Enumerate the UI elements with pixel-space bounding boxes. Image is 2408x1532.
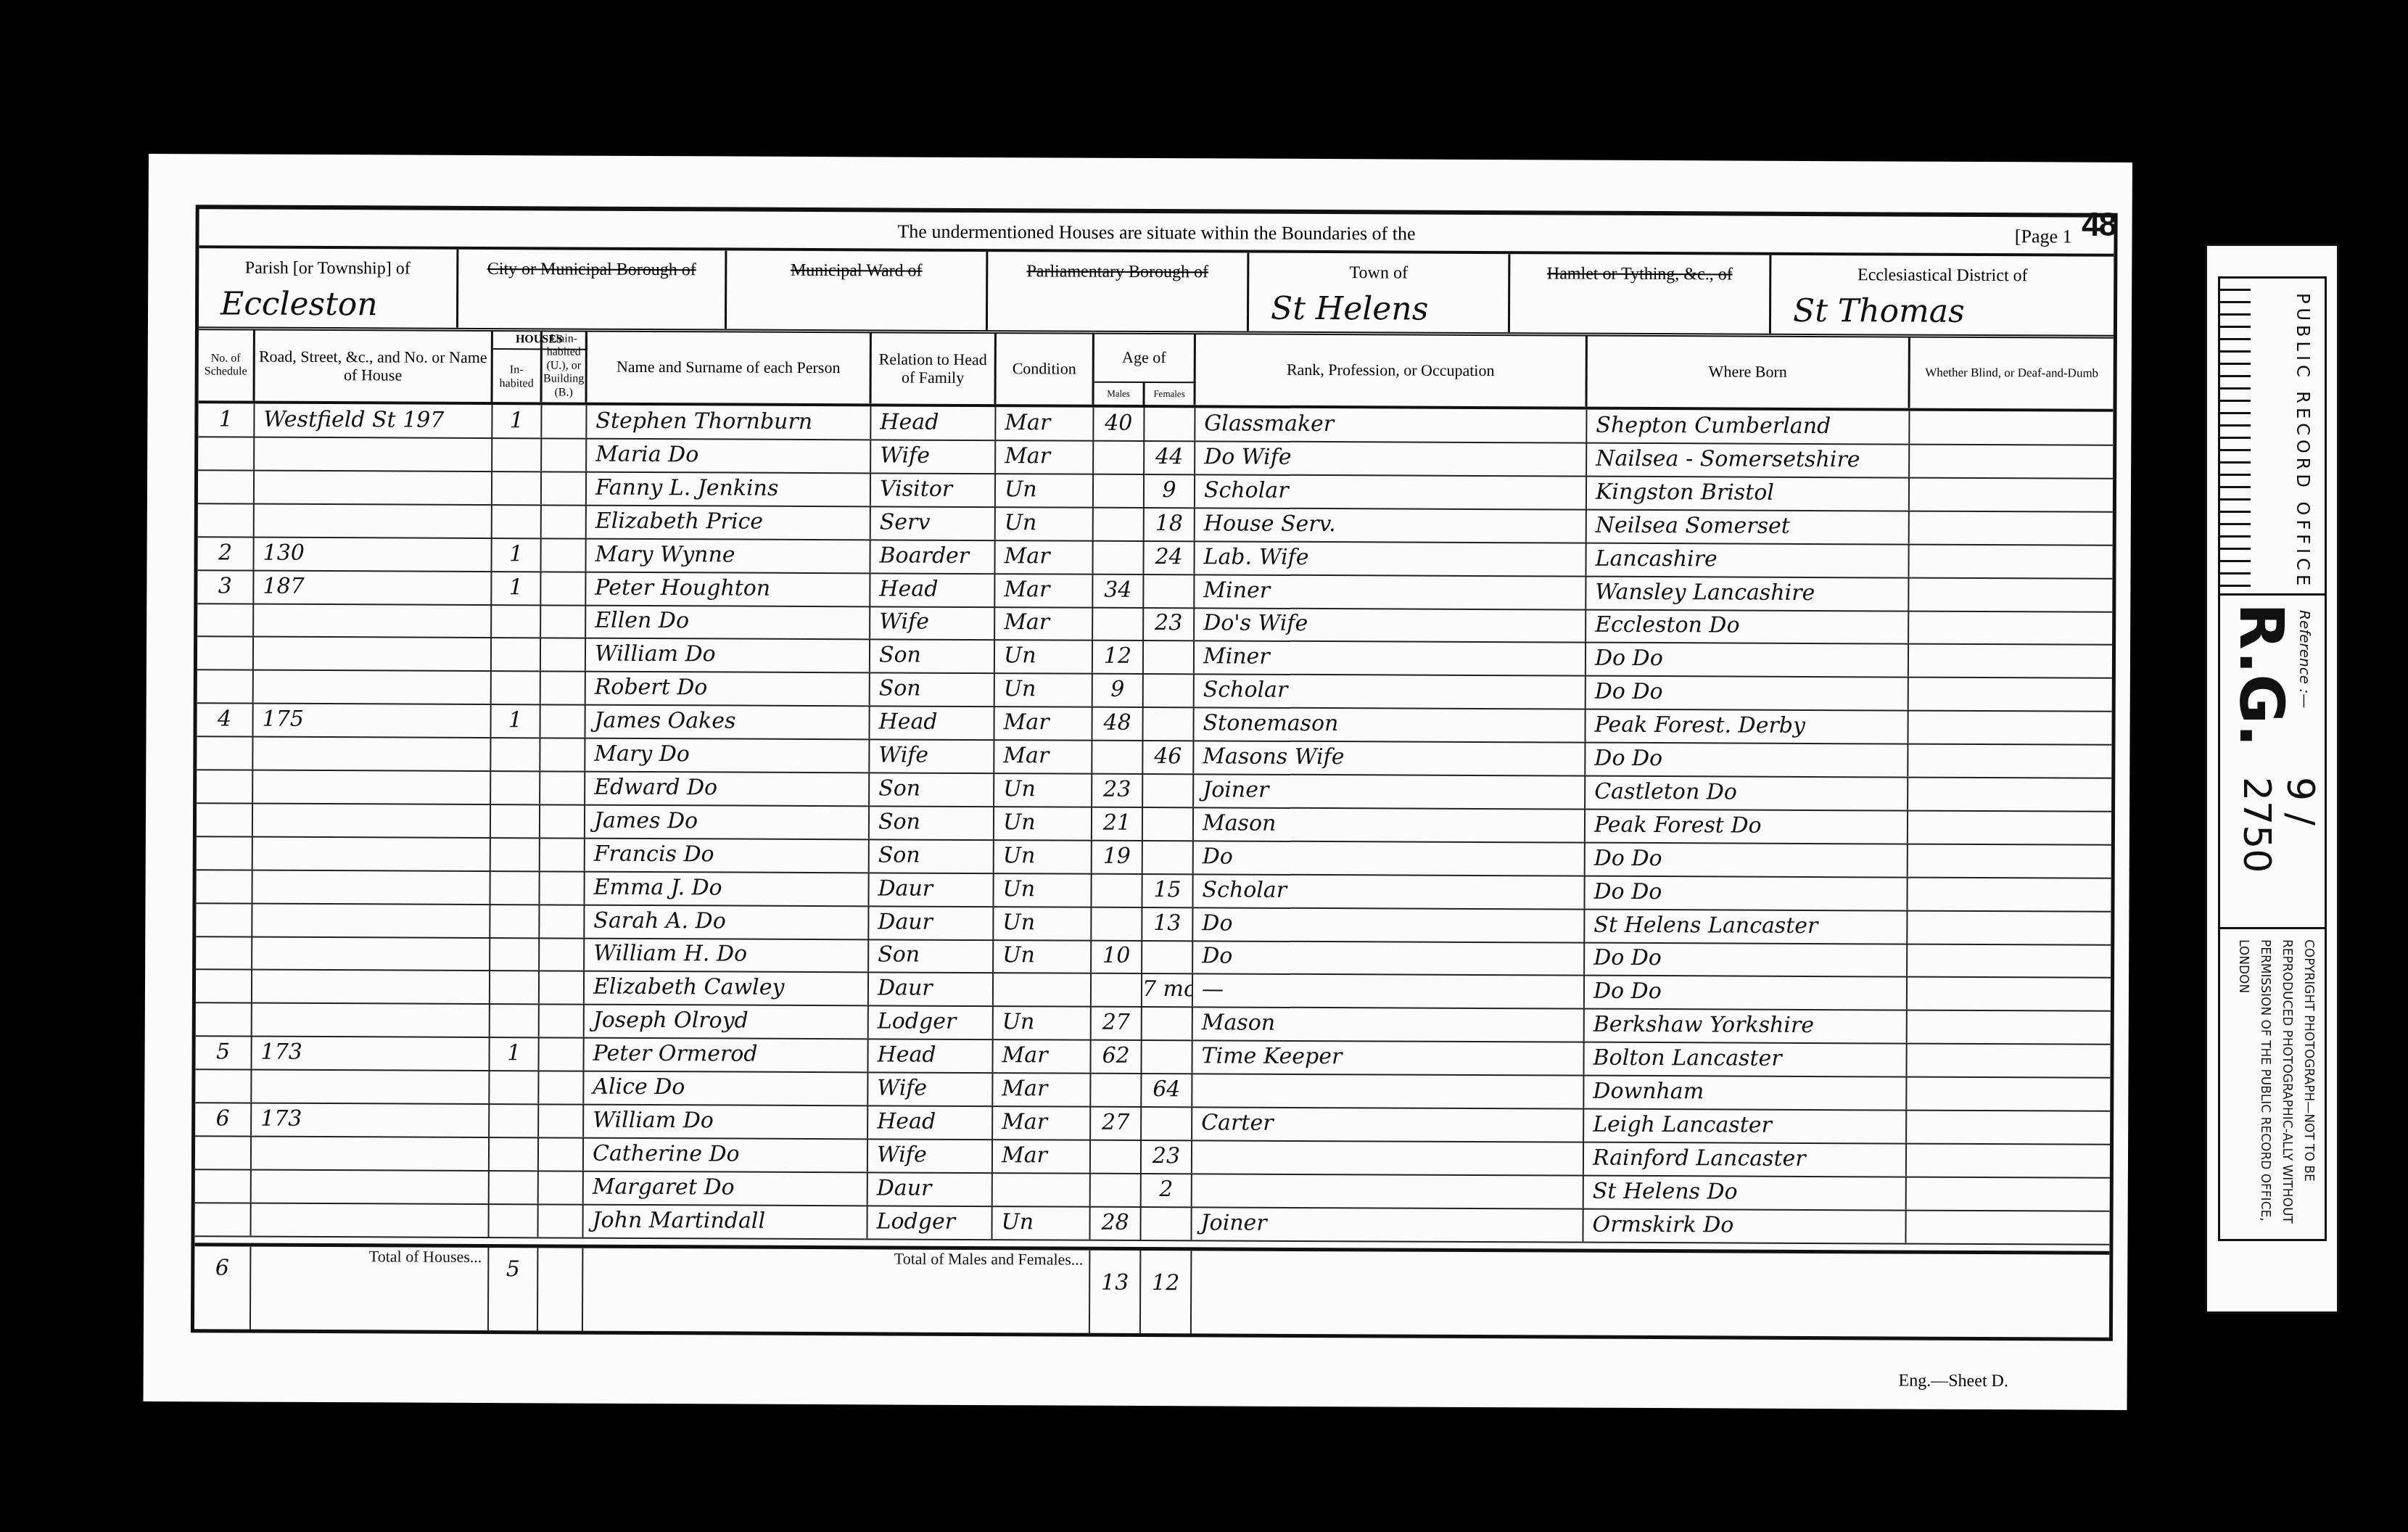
cell-schedule — [197, 637, 254, 670]
cell-uninh — [540, 771, 585, 804]
cell-occupation: Do — [1193, 941, 1585, 975]
cell-relation: Visitor — [871, 473, 996, 506]
cell-blind — [1908, 910, 2111, 944]
cell-female-age — [1144, 574, 1195, 606]
cell-condition: Mar — [995, 540, 1093, 574]
header-males: Males — [1094, 383, 1145, 405]
cell-occupation: House Serv. — [1195, 508, 1587, 542]
cell-condition — [993, 1173, 1091, 1206]
cell-address — [252, 1169, 490, 1203]
cell-name: Margaret Do — [584, 1171, 868, 1205]
cell-female-age: 44 — [1145, 441, 1195, 474]
cell-condition: Un — [994, 907, 1092, 940]
cell-uninh — [539, 1104, 584, 1137]
cell-occupation: Stonemason — [1194, 707, 1586, 741]
cell-condition: Mar — [995, 606, 1093, 640]
cell-uninh — [541, 672, 586, 704]
cell-schedule — [198, 503, 255, 536]
cell-born: Do Do — [1586, 842, 1908, 876]
town-value: St Helens — [1271, 290, 1428, 328]
cell-born: Bolton Lancaster — [1584, 1042, 1907, 1076]
cell-born: Kingston Bristol — [1587, 476, 1910, 510]
page-label: [Page 1 — [2015, 226, 2072, 247]
header-occupation: Rank, Profession, or Occupation — [1196, 334, 1588, 406]
cell-occupation: Time Keeper — [1192, 1040, 1584, 1074]
cell-male-age: 28 — [1090, 1206, 1141, 1239]
cell-relation: Son — [870, 640, 995, 673]
cell-condition: Un — [994, 939, 1092, 973]
cell-male-age: 10 — [1092, 940, 1142, 973]
cell-relation: Son — [869, 939, 994, 973]
cell-condition: Mar — [993, 1039, 1091, 1073]
piece-number: 9 / 2750 — [2235, 777, 2322, 927]
cell-born: Peak Forest. Derby — [1586, 709, 1908, 744]
cell-born: Berkshaw Yorkshire — [1585, 1009, 1908, 1043]
cell-relation: Boarder — [870, 540, 995, 573]
cell-address — [252, 1070, 490, 1103]
cell-schedule — [196, 936, 252, 969]
cell-inhabited — [490, 871, 540, 904]
cell-schedule — [197, 604, 254, 636]
cell-occupation: Joiner — [1192, 1207, 1583, 1241]
cell-born: Eccleston Do — [1586, 609, 1909, 643]
cell-condition: Mar — [994, 707, 1092, 740]
cell-female-age — [1142, 1040, 1192, 1073]
cell-address — [252, 970, 490, 1003]
cell-schedule — [197, 836, 253, 869]
total-schedules: 6 — [194, 1246, 252, 1330]
cell-male-age: 34 — [1093, 574, 1144, 606]
cell-condition: Un — [994, 840, 1092, 873]
cell-condition: Mar — [994, 740, 1092, 773]
cell-name: Stephen Thornburn — [587, 405, 871, 440]
cell-female-age — [1143, 707, 1194, 740]
cell-condition: Mar — [993, 1106, 1091, 1140]
cell-born: Do Do — [1585, 942, 1908, 976]
header-address: Road, Street, &c., and No. or Name of Ho… — [255, 330, 493, 402]
cell-born: Castleton Do — [1586, 776, 1908, 810]
cell-born: Nailsea - Somersetshire — [1587, 443, 1910, 477]
cell-schedule: 6 — [195, 1103, 252, 1135]
cell-address: 173 — [252, 1103, 490, 1137]
cell-female-age: 9 — [1145, 474, 1195, 507]
cell-relation: Wife — [868, 1139, 993, 1172]
cell-occupation: Do's Wife — [1195, 608, 1586, 642]
column-headers: No. of Schedule Road, Street, &c., and N… — [198, 329, 2113, 412]
cell-blind — [1908, 744, 2111, 778]
cell-name: John Martindall — [583, 1204, 867, 1238]
cell-inhabited — [492, 638, 541, 670]
cell-address — [252, 936, 490, 970]
cell-uninh — [541, 638, 586, 671]
cell-name: Peter Ormerod — [584, 1038, 868, 1072]
cell-name: Mary Do — [585, 738, 870, 773]
cell-female-age — [1143, 841, 1194, 873]
cell-name: Emma J. Do — [585, 871, 869, 905]
cell-uninh — [541, 605, 586, 638]
cell-inhabited — [489, 1204, 538, 1237]
series-code: R.G. — [2226, 603, 2297, 747]
cell-uninh — [540, 704, 585, 737]
cell-uninh — [540, 871, 585, 904]
cell-blind — [1908, 777, 2111, 810]
cell-inhabited — [490, 1137, 539, 1170]
cell-schedule — [198, 470, 255, 503]
cell-male-age — [1092, 873, 1142, 906]
cell-male-age — [1092, 973, 1142, 1006]
cell-blind — [1907, 1077, 2110, 1111]
cell-name: Peter Houghton — [586, 572, 870, 606]
cell-male-age: 40 — [1094, 408, 1145, 440]
cell-relation: Son — [870, 773, 994, 806]
page-stamp: 48 — [2082, 205, 2116, 244]
cell-female-age: 7 mo — [1142, 973, 1193, 1006]
cell-male-age — [1093, 607, 1144, 640]
cell-schedule — [197, 803, 253, 836]
cell-name: Elizabeth Price — [587, 505, 871, 539]
cell-blind — [1907, 1143, 2110, 1177]
cell-blind — [1908, 844, 2111, 877]
cell-male-age — [1094, 474, 1145, 506]
cell-male-age: 62 — [1091, 1040, 1142, 1073]
cell-female-age — [1144, 641, 1195, 673]
cell-male-age — [1091, 1173, 1142, 1206]
cell-name: James Do — [585, 804, 870, 839]
cell-blind — [1908, 711, 2111, 744]
cell-inhabited: 1 — [492, 538, 541, 571]
cell-address: 175 — [253, 704, 491, 737]
cell-schedule — [194, 1203, 251, 1235]
cell-name: William Do — [584, 1105, 868, 1139]
cell-name: Ellen Do — [586, 605, 870, 639]
cell-born: Wansley Lancashire — [1586, 576, 1909, 610]
cell-address — [254, 637, 492, 670]
cell-address — [253, 836, 491, 870]
cell-blind — [1909, 577, 2112, 611]
cell-uninh — [540, 804, 585, 837]
cell-female-age — [1144, 674, 1195, 707]
cell-born: Do Do — [1585, 876, 1908, 910]
cell-blind — [1910, 411, 2113, 445]
cell-schedule: 4 — [197, 703, 253, 736]
cell-uninh — [542, 438, 587, 471]
cell-schedule — [197, 670, 254, 702]
cell-male-age — [1094, 441, 1145, 474]
cell-name: Alice Do — [584, 1071, 868, 1105]
cell-occupation: Lab. Wife — [1195, 541, 1586, 575]
cell-inhabited — [491, 838, 540, 870]
cell-blind — [1910, 511, 2113, 544]
cell-relation: Wife — [870, 739, 994, 773]
cell-name: Elizabeth Cawley — [585, 971, 869, 1005]
parliamentary-borough-field: Parliamentary Borough of — [988, 252, 1249, 331]
cell-relation: Wife — [870, 606, 995, 640]
cell-uninh — [540, 938, 585, 971]
cell-address — [252, 870, 490, 903]
cell-blind — [1907, 1044, 2110, 1077]
cell-male-age — [1092, 741, 1143, 773]
cell-uninh — [539, 1037, 584, 1070]
cell-born: Do Do — [1586, 676, 1909, 710]
header-condition: Condition — [997, 333, 1094, 405]
parish-field: Parish [or Township] of Eccleston — [199, 248, 458, 328]
total-houses: 5 — [489, 1248, 539, 1331]
cell-born: Ormskirk Do — [1583, 1208, 1906, 1243]
cell-condition: Un — [996, 474, 1094, 507]
cell-born: Peak Forest Do — [1586, 809, 1908, 843]
header-age: Age of — [1094, 334, 1196, 384]
cell-female-age: 13 — [1142, 907, 1193, 939]
cell-blind — [1910, 477, 2113, 511]
cell-address — [251, 1203, 489, 1236]
cell-male-age: 48 — [1092, 707, 1143, 740]
cell-uninh — [542, 471, 587, 504]
cell-occupation: Mason — [1194, 807, 1586, 841]
cell-female-age — [1142, 1107, 1192, 1140]
cell-inhabited — [490, 905, 540, 937]
cell-schedule: 3 — [197, 570, 254, 603]
cell-schedule — [197, 736, 253, 769]
cell-condition: Mar — [993, 1140, 1091, 1173]
cell-male-age: 9 — [1093, 674, 1144, 707]
cell-female-age — [1143, 807, 1194, 840]
total-uninhabited — [538, 1248, 584, 1331]
cell-blind — [1910, 444, 2113, 477]
cell-born: St Helens Do — [1584, 1175, 1907, 1209]
cell-name: Francis Do — [585, 838, 870, 872]
cell-blind — [1908, 944, 2111, 977]
town-field: Town of St Helens — [1249, 253, 1510, 333]
cell-uninh — [539, 1137, 584, 1170]
cell-occupation: Carter — [1192, 1107, 1584, 1141]
cell-relation: Daur — [869, 906, 994, 939]
cell-female-age: 2 — [1142, 1174, 1192, 1206]
cell-relation: Head — [868, 1039, 993, 1072]
cell-occupation: Do — [1193, 907, 1585, 942]
cell-blind — [1909, 678, 2112, 711]
cell-address — [252, 903, 490, 936]
cell-condition: Un — [995, 673, 1093, 707]
total-females: 12 — [1141, 1251, 1192, 1334]
cell-address: 173 — [252, 1037, 490, 1070]
cell-schedule: 1 — [198, 403, 255, 436]
cell-female-age — [1145, 408, 1195, 440]
cell-inhabited — [491, 738, 540, 770]
cell-address — [253, 803, 491, 836]
municipal-ward-field: Municipal Ward of — [727, 250, 988, 330]
cell-born: Shepton Cumberland — [1587, 410, 1910, 444]
cell-occupation: Scholar — [1195, 474, 1587, 508]
cell-occupation: Glassmaker — [1195, 408, 1587, 442]
parish-value: Eccleston — [220, 285, 378, 323]
cell-name: Robert Do — [586, 672, 870, 706]
cell-uninh — [539, 1071, 584, 1103]
cell-relation: Head — [870, 573, 995, 606]
cell-occupation: Do — [1194, 841, 1586, 875]
total-males: 13 — [1090, 1251, 1142, 1334]
cell-relation: Head — [868, 1105, 993, 1139]
cell-uninh — [540, 738, 585, 770]
totals-row: 6 Total of Houses... 5 Total of Males an… — [194, 1243, 2109, 1338]
cell-inhabited — [492, 604, 541, 637]
reference-box: R.G. Reference :— 9 / 2750 — [2218, 596, 2327, 929]
cell-schedule — [196, 870, 252, 902]
cell-condition: Un — [992, 1206, 1090, 1240]
cell-male-age — [1091, 1074, 1142, 1106]
places-row: Parish [or Township] of Eccleston City o… — [199, 248, 2114, 339]
cell-uninh — [539, 1171, 584, 1203]
cell-inhabited — [491, 771, 540, 804]
header-schedule: No. of Schedule — [199, 329, 255, 400]
cell-address: 187 — [254, 570, 492, 604]
cell-schedule — [196, 970, 252, 1002]
cell-occupation: Joiner — [1194, 774, 1586, 808]
cell-female-age: 23 — [1144, 607, 1195, 640]
cell-inhabited — [492, 505, 542, 538]
cell-relation: Daur — [868, 1172, 993, 1206]
cell-female-age: 18 — [1145, 508, 1195, 540]
cell-blind — [1907, 1177, 2110, 1210]
total-persons-label: Total of Males and Females... — [583, 1248, 1090, 1334]
cell-inhabited: 1 — [491, 704, 540, 737]
cell-born: Lancashire — [1586, 543, 1909, 577]
cell-relation: Head — [870, 706, 994, 739]
cell-relation: Son — [870, 839, 994, 873]
cell-occupation: — — [1193, 974, 1585, 1008]
cell-uninh — [540, 905, 585, 937]
cell-schedule — [197, 770, 253, 802]
cell-occupation: Scholar — [1195, 674, 1586, 708]
cell-relation: Daur — [869, 973, 994, 1006]
cell-inhabited — [490, 937, 540, 970]
cell-schedule: 5 — [195, 1036, 252, 1068]
cell-born: Downham — [1584, 1076, 1907, 1110]
banner-text: The undermentioned Houses are situate wi… — [199, 218, 2114, 248]
cell-inhabited — [490, 1004, 540, 1037]
cell-female-age — [1142, 1007, 1193, 1039]
cell-uninh — [542, 405, 587, 437]
cell-relation: Serv — [871, 506, 996, 540]
cell-inhabited — [491, 804, 540, 837]
cell-name: William H. Do — [585, 938, 869, 972]
cell-male-age — [1092, 907, 1142, 939]
cell-occupation: Do Wife — [1195, 441, 1587, 475]
cell-male-age: 27 — [1092, 1007, 1142, 1039]
cell-female-age: 24 — [1144, 541, 1195, 574]
cell-uninh — [540, 1005, 585, 1037]
cell-occupation: Masons Wife — [1194, 741, 1586, 775]
cell-occupation: Miner — [1195, 574, 1586, 609]
municipal-borough-field: City or Municipal Borough of — [458, 250, 727, 329]
cell-address — [253, 737, 491, 770]
cell-address: Westfield St 197 — [255, 404, 492, 437]
copyright-notice: COPYRIGHT PHOTOGRAPH—NOT TO BE REPRODUCE… — [2229, 939, 2320, 1230]
cell-schedule — [195, 1136, 252, 1169]
cell-born: Do Do — [1585, 976, 1908, 1010]
ecclesiastical-value: St Thomas — [1793, 292, 1965, 330]
cell-schedule — [196, 1002, 252, 1035]
cell-condition: Un — [994, 873, 1092, 907]
cell-inhabited — [490, 1071, 539, 1103]
cell-relation: Daur — [869, 873, 994, 906]
cell-blind — [1908, 877, 2111, 910]
cell-uninh — [541, 572, 586, 604]
cell-condition: Mar — [993, 1073, 1091, 1106]
cell-uninh — [542, 505, 587, 538]
cell-blind — [1906, 1210, 2109, 1243]
cell-female-age — [1143, 774, 1194, 807]
office-label: PUBLIC RECORD OFFICE — [2293, 293, 2313, 590]
cell-address: 130 — [255, 537, 492, 570]
cell-female-age: 23 — [1142, 1140, 1192, 1173]
ecclesiastical-district-field: Ecclesiastical District of St Thomas — [1771, 255, 2114, 335]
cell-schedule — [195, 1069, 252, 1102]
cell-condition: Mar — [995, 574, 1093, 607]
cell-relation: Lodger — [867, 1206, 992, 1239]
copyright-box: COPYRIGHT PHOTOGRAPH—NOT TO BE REPRODUCE… — [2218, 929, 2327, 1241]
cell-condition: Mar — [996, 407, 1094, 440]
cell-born: Neilsea Somerset — [1587, 509, 1910, 543]
cell-occupation — [1192, 1074, 1584, 1108]
cell-blind — [1909, 644, 2112, 678]
cell-female-age — [1141, 1207, 1192, 1240]
cell-occupation — [1192, 1140, 1584, 1174]
cell-condition: Mar — [996, 440, 1094, 474]
cell-blind — [1909, 544, 2112, 577]
cell-name: Sarah A. Do — [585, 905, 869, 939]
header-females: Females — [1145, 383, 1196, 405]
cell-male-age: 27 — [1091, 1107, 1142, 1140]
cell-uninh — [540, 971, 585, 1004]
cell-address — [255, 437, 492, 471]
cell-schedule: 2 — [198, 537, 255, 569]
header-name: Name and Surname of each Person — [587, 331, 872, 404]
cell-inhabited — [492, 471, 542, 504]
header-relation: Relation to Head of Family — [872, 332, 997, 404]
household-rows: 1Westfield St 1971Stephen ThornburnHeadM… — [194, 403, 2113, 1246]
cell-blind — [1909, 611, 2112, 644]
cell-schedule — [196, 903, 252, 936]
cell-male-age: 21 — [1092, 807, 1143, 839]
cell-born: Rainford Lancaster — [1584, 1142, 1907, 1176]
cell-inhabited — [492, 438, 542, 471]
cell-uninh — [541, 538, 586, 571]
cell-blind — [1908, 1010, 2111, 1044]
cell-address — [255, 470, 492, 503]
cell-address — [254, 670, 492, 704]
cell-female-age: 46 — [1143, 741, 1194, 773]
cell-occupation: Mason — [1193, 1007, 1585, 1041]
hamlet-field: Hamlet or Tything, &c., of — [1510, 254, 1771, 334]
cell-address — [255, 503, 492, 537]
cell-condition: Un — [994, 807, 1092, 840]
cell-inhabited — [490, 971, 540, 1003]
cell-relation: Wife — [871, 440, 996, 473]
cell-inhabited — [490, 1104, 539, 1137]
cell-relation: Lodger — [869, 1006, 994, 1039]
cell-blind — [1908, 977, 2111, 1010]
total-houses-label: Total of Houses... — [251, 1247, 489, 1331]
cell-condition — [994, 973, 1092, 1006]
cell-male-age: 23 — [1092, 774, 1143, 807]
header-blind: Whether Blind, or Deaf-and-Dumb — [1910, 337, 2113, 409]
cell-female-age — [1142, 940, 1193, 973]
cell-relation: Son — [870, 806, 994, 839]
cell-blind — [1908, 810, 2111, 844]
cell-inhabited: 1 — [492, 405, 542, 437]
cell-address — [252, 1136, 490, 1169]
cell-occupation: Scholar — [1193, 874, 1585, 908]
